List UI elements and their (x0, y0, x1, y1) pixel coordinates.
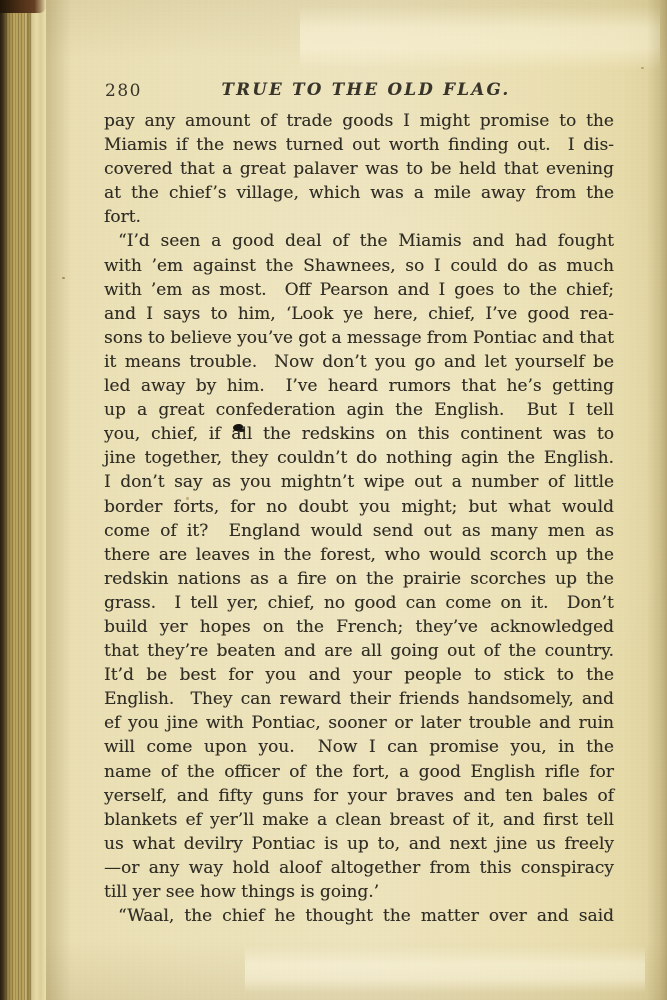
text-line: thereareleavesintheforest,whowouldscorch… (104, 543, 614, 567)
text-line: coveredthatagreatpalaverwastobeheldthate… (104, 157, 614, 181)
text-line: payanyamountoftradegoodsImightpromisetot… (104, 109, 614, 133)
book-cover-corner-top (0, 0, 46, 13)
text-line: uswhatdevilryPontiacisupto,andnextjineus… (104, 832, 614, 856)
text-line: with’emasmost.OffPearsonandIgoestothechi… (104, 278, 614, 302)
page-header: 280 TRUE TO THE OLD FLAG. (104, 80, 614, 102)
text-line: you,chief,ifalltheredskinsonthiscontinen… (104, 422, 614, 446)
spine-inner-shadow (46, 0, 72, 1000)
book-cover-corner-bottom (0, 982, 15, 1000)
text-line: grass.Itellyer,chief,nogoodcancomeonit.D… (104, 591, 614, 615)
scan-light-band-bottom (245, 945, 645, 993)
text-line: atthechief’svillage,whichwasamileawayfro… (104, 181, 614, 205)
paper-speck (535, 150, 537, 152)
text-line: andIsaystohim,‘Lookyehere,chief,I’vegood… (104, 302, 614, 326)
page-right-edge (647, 0, 667, 1000)
text-line: buildyerhopesontheFrench;they’veacknowle… (104, 615, 614, 639)
text-line: itmeanstrouble.Nowdon’tyougoandletyourse… (104, 350, 614, 374)
page-text: payanyamountoftradegoodsImightpromisetot… (104, 109, 614, 928)
paper-speck (641, 67, 644, 69)
text-line: ledawaybyhim.I’veheardrumorsthathe’sgett… (104, 374, 614, 398)
text-line: English.Theycanrewardtheirfriendshandsom… (104, 687, 614, 711)
scan-light-band-top (300, 6, 660, 70)
text-line: upagreatconfederationagintheEnglish.ButI… (104, 398, 614, 422)
text-line: with’emagainsttheShawnees,soIcoulddoasmu… (104, 254, 614, 278)
text-line: sonstobelieveyou’vegotamessagefromPontia… (104, 326, 614, 350)
running-title: TRUE TO THE OLD FLAG. (104, 80, 614, 99)
text-line: —oranywayholdaloofaltogetherfromthiscons… (104, 856, 614, 880)
text-line: It’dbebestforyouandyourpeopletosticktoth… (104, 663, 614, 687)
text-line: efyoujinewithPontiac,soonerorlatertroubl… (104, 711, 614, 735)
book-page-photo: 280 TRUE TO THE OLD FLAG. payanyamountof… (0, 0, 667, 1000)
text-line: borderforts,fornodoubtyoumight;butwhatwo… (104, 495, 614, 519)
text-line: willcomeuponyou.NowIcanpromiseyou,inthe (104, 735, 614, 759)
text-line: blanketsefyer’llmakeacleanbreastofit,and… (104, 808, 614, 832)
text-line: Idon’tsayasyoumightn’twipeoutanumberofli… (104, 470, 614, 494)
text-line: thatthey’rebeatenandareallgoingoutofthec… (104, 639, 614, 663)
text-line: Miamisifthenewsturnedoutworthfindingout.… (104, 133, 614, 157)
page-edges-texture (6, 0, 32, 1000)
text-line: “Waal,thechiefhethoughtthematteroverands… (104, 904, 614, 928)
text-line: jinetogether,theycouldn’tdonothingaginth… (104, 446, 614, 470)
text-line: fort. (104, 205, 614, 229)
text-line: yerself,andfiftygunsforyourbravesandtenb… (104, 784, 614, 808)
text-line: “I’dseenagooddealoftheMiamisandhadfought (104, 229, 614, 253)
text-line: nameoftheofficerofthefort,agoodEnglishri… (104, 760, 614, 784)
paper-speck (186, 497, 189, 500)
text-line: comeofit?Englandwouldsendoutasmanymenas (104, 519, 614, 543)
text-line: redskinnationsasafireontheprairiescorche… (104, 567, 614, 591)
text-line: till yer see how things is going.’ (104, 880, 614, 904)
